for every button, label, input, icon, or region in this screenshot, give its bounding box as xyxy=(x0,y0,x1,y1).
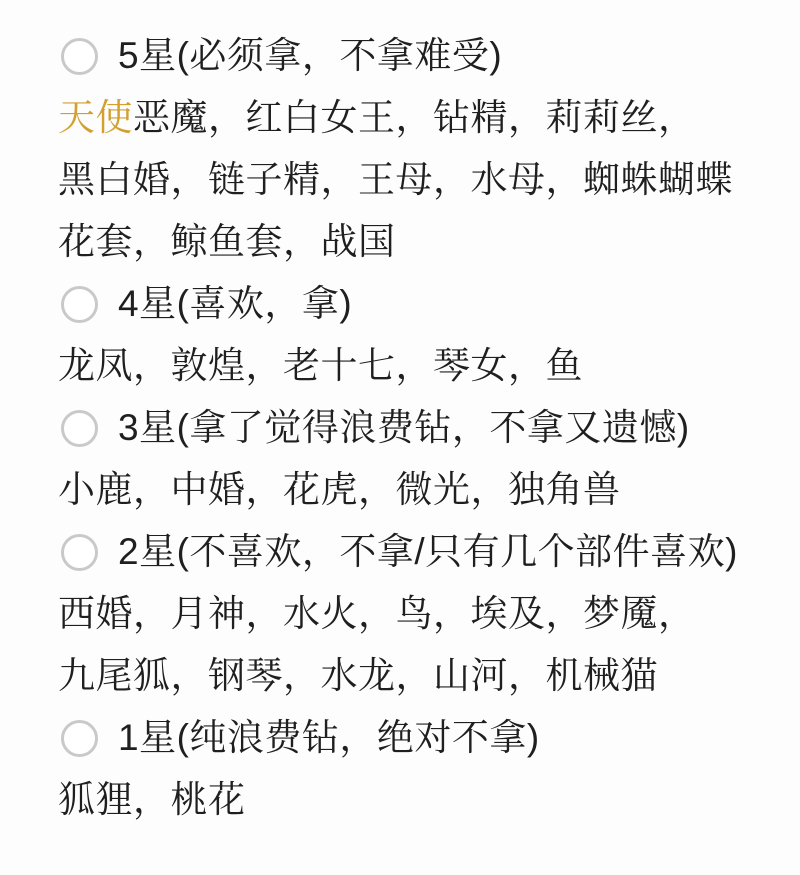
item-list-line: 黑白婚，链子精，王母，水母，蜘蛛蝴蝶 xyxy=(58,149,790,211)
radio-button-2-star[interactable] xyxy=(61,534,98,571)
rating-poll: 5星(必须拿，不拿难受) 天使恶魔，红白女王，钻精，莉莉丝， 黑白婚，链子精，王… xyxy=(0,0,800,831)
rating-option-5-star[interactable]: 5星(必须拿，不拿难受) xyxy=(58,25,790,87)
rating-section-4-star: 4星(喜欢，拿) 龙凤，敦煌，老十七，琴女，鱼 xyxy=(58,273,790,397)
radio-button-3-star[interactable] xyxy=(61,410,98,447)
rating-option-4-star[interactable]: 4星(喜欢，拿) xyxy=(58,273,790,335)
item-list-line: 天使恶魔，红白女王，钻精，莉莉丝， xyxy=(58,87,790,149)
rating-option-1-star[interactable]: 1星(纯浪费钻，绝对不拿) xyxy=(58,707,790,769)
rating-section-1-star: 1星(纯浪费钻，绝对不拿) 狐狸，桃花 xyxy=(58,707,790,831)
radio-button-1-star[interactable] xyxy=(61,720,98,757)
rating-option-2-star[interactable]: 2星(不喜欢，不拿/只有几个部件喜欢) xyxy=(58,521,790,583)
rating-section-5-star: 5星(必须拿，不拿难受) 天使恶魔，红白女王，钻精，莉莉丝， 黑白婚，链子精，王… xyxy=(58,25,790,273)
item-list-text: 恶魔，红白女王，钻精，莉莉丝， xyxy=(133,97,696,138)
highlighted-term: 天使 xyxy=(58,97,133,138)
rating-option-label: 3星(拿了觉得浪费钻，不拿又遗憾) xyxy=(118,397,690,459)
item-list-line: 龙凤，敦煌，老十七，琴女，鱼 xyxy=(58,335,790,397)
item-list-line: 花套，鲸鱼套，战国 xyxy=(58,211,790,273)
rating-option-label: 1星(纯浪费钻，绝对不拿) xyxy=(118,707,540,769)
item-list-line: 狐狸，桃花 xyxy=(58,769,790,831)
radio-button-4-star[interactable] xyxy=(61,286,98,323)
radio-button-5-star[interactable] xyxy=(61,38,98,75)
rating-option-label: 2星(不喜欢，不拿/只有几个部件喜欢) xyxy=(118,521,738,583)
rating-section-2-star: 2星(不喜欢，不拿/只有几个部件喜欢) 西婚，月神，水火，鸟，埃及，梦魇， 九尾… xyxy=(58,521,790,707)
item-list-line: 小鹿，中婚，花虎，微光，独角兽 xyxy=(58,459,790,521)
item-list-line: 西婚，月神，水火，鸟，埃及，梦魇， xyxy=(58,583,790,645)
rating-section-3-star: 3星(拿了觉得浪费钻，不拿又遗憾) 小鹿，中婚，花虎，微光，独角兽 xyxy=(58,397,790,521)
rating-option-3-star[interactable]: 3星(拿了觉得浪费钻，不拿又遗憾) xyxy=(58,397,790,459)
rating-option-label: 4星(喜欢，拿) xyxy=(118,273,352,335)
rating-option-label: 5星(必须拿，不拿难受) xyxy=(118,25,502,87)
item-list-line: 九尾狐，钢琴，水龙，山河，机械猫 xyxy=(58,645,790,707)
